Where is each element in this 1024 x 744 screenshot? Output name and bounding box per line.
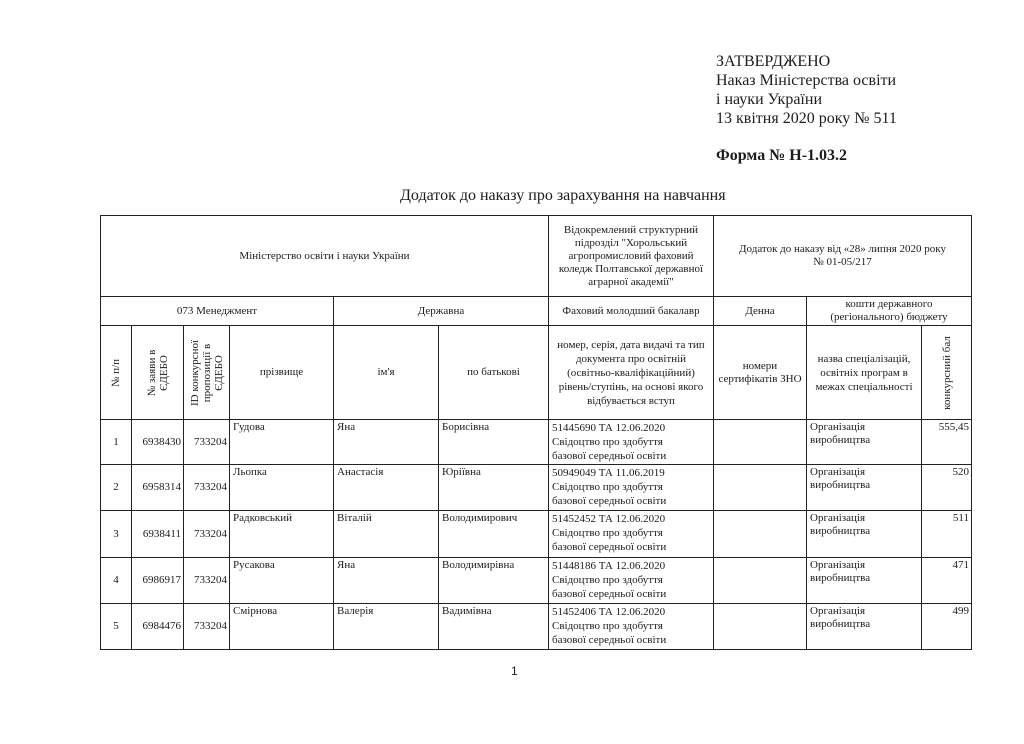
surname: Русакова (230, 558, 334, 604)
competition-score: 555,45 (922, 420, 972, 465)
offer-id: 733204 (184, 604, 230, 650)
zno-certificates (714, 420, 807, 465)
funding-cell: кошти державного (регіонального) бюджету (807, 297, 972, 326)
application-no: 6938430 (132, 420, 184, 465)
doc-line: Свідоцтво про здобуття (552, 435, 710, 449)
specialization: Організація виробництва (807, 511, 922, 558)
page-number: 1 (511, 664, 518, 678)
doc-line: базової середньої освіти (552, 633, 710, 647)
spec-line: виробництва (810, 479, 918, 492)
order-ref-cell: Додаток до наказу від «28» липня 2020 ро… (714, 216, 972, 297)
order-ref-number: № 01-05/217 (717, 256, 968, 269)
education-document: 51448186 ТА 12.06.2020 Свідоцтво про здо… (549, 558, 714, 604)
table-row: 1 6938430 733204 Гудова Яна Борисівна 51… (101, 420, 972, 465)
row-index: 3 (101, 511, 132, 558)
study-form-cell: Денна (714, 297, 807, 326)
approval-block: ЗАТВЕРДЖЕНО Наказ Міністерства освіти і … (716, 52, 897, 128)
patronymic: Володимирович (439, 511, 549, 558)
degree-cell: Фаховий молодший бакалавр (549, 297, 714, 326)
competition-score: 499 (922, 604, 972, 650)
col-header-zno: номери сертифікатів ЗНО (714, 326, 807, 420)
row-index: 2 (101, 465, 132, 511)
competition-score: 471 (922, 558, 972, 604)
specialization: Організація виробництва (807, 558, 922, 604)
col-header-name: ім'я (334, 326, 439, 420)
doc-line: 51452452 ТА 12.06.2020 (552, 512, 710, 526)
education-document: 51452406 ТА 12.06.2020 Свідоцтво про здо… (549, 604, 714, 650)
doc-line: базової середньої освіти (552, 449, 710, 463)
row-index: 1 (101, 420, 132, 465)
education-document: 50949049 ТА 11.06.2019 Свідоцтво про здо… (549, 465, 714, 511)
application-no: 6984476 (132, 604, 184, 650)
doc-line: Свідоцтво про здобуття (552, 480, 710, 494)
document-title: Додаток до наказу про зарахування на нав… (400, 187, 726, 205)
col-header-application-no: № заяви в ЄДЕБО (132, 326, 184, 420)
patronymic: Юріївна (439, 465, 549, 511)
spec-line: виробництва (810, 618, 918, 631)
education-document: 51445690 ТА 12.06.2020 Свідоцтво про здо… (549, 420, 714, 465)
doc-line: 51452406 ТА 12.06.2020 (552, 605, 710, 619)
table-row: 5 6984476 733204 Смірнова Валерія Вадимі… (101, 604, 972, 650)
spec-line: виробництва (810, 572, 918, 585)
ownership-cell: Державна (334, 297, 549, 326)
first-name: Яна (334, 558, 439, 604)
surname: Радковський (230, 511, 334, 558)
header-row-institution: Міністерство освіти і науки України Відо… (101, 216, 972, 297)
table-row: 4 6986917 733204 Русакова Яна Володимирі… (101, 558, 972, 604)
row-index: 5 (101, 604, 132, 650)
table-row: 3 6938411 733204 Радковський Віталій Вол… (101, 511, 972, 558)
specialization: Організація виробництва (807, 420, 922, 465)
surname: Гудова (230, 420, 334, 465)
approval-line: Наказ Міністерства освіти (716, 71, 897, 90)
institution-cell: Відокремлений структурний підрозділ "Хор… (549, 216, 714, 297)
offer-id: 733204 (184, 420, 230, 465)
offer-id: 733204 (184, 511, 230, 558)
offer-id: 733204 (184, 465, 230, 511)
approval-line: і науки України (716, 90, 897, 109)
col-header-offer-id: ID конкурсної пропозиції в ЄДЕБО (184, 326, 230, 420)
offer-id: 733204 (184, 558, 230, 604)
doc-line: 51445690 ТА 12.06.2020 (552, 421, 710, 435)
first-name: Валерія (334, 604, 439, 650)
spec-line: Організація (810, 466, 918, 479)
approval-line: 13 квітня 2020 року № 511 (716, 109, 897, 128)
zno-certificates (714, 604, 807, 650)
patronymic: Вадимівна (439, 604, 549, 650)
spec-line: виробництва (810, 525, 918, 538)
patronymic: Борисівна (439, 420, 549, 465)
education-document: 51452452 ТА 12.06.2020 Свідоцтво про здо… (549, 511, 714, 558)
col-header-patronymic: по батькові (439, 326, 549, 420)
form-number: Форма № Н-1.03.2 (716, 147, 847, 165)
col-header-surname: прізвище (230, 326, 334, 420)
col-header-specialization: назва спеціалізацій, освітніх програм в … (807, 326, 922, 420)
spec-line: виробництва (810, 434, 918, 447)
ministry-cell: Міністерство освіти і науки України (101, 216, 549, 297)
first-name: Віталій (334, 511, 439, 558)
spec-line: Організація (810, 605, 918, 618)
doc-line: Свідоцтво про здобуття (552, 573, 710, 587)
header-row-program: 073 Менеджмент Державна Фаховий молодший… (101, 297, 972, 326)
column-header-row: № п/п № заяви в ЄДЕБО ID конкурсної проп… (101, 326, 972, 420)
application-no: 6958314 (132, 465, 184, 511)
competition-score: 520 (922, 465, 972, 511)
doc-line: базової середньої освіти (552, 540, 710, 554)
spec-line: Організація (810, 421, 918, 434)
surname: Смірнова (230, 604, 334, 650)
zno-certificates (714, 465, 807, 511)
surname: Льопка (230, 465, 334, 511)
col-header-index: № п/п (101, 326, 132, 420)
patronymic: Володимирівна (439, 558, 549, 604)
table-row: 2 6958314 733204 Льопка Анастасія Юріївн… (101, 465, 972, 511)
specialization: Організація виробництва (807, 604, 922, 650)
doc-line: Свідоцтво про здобуття (552, 619, 710, 633)
enrollment-table: Міністерство освіти і науки України Відо… (100, 215, 972, 650)
approval-line: ЗАТВЕРДЖЕНО (716, 52, 897, 71)
col-header-document: номер, серія, дата видачі та тип докумен… (549, 326, 714, 420)
doc-line: 51448186 ТА 12.06.2020 (552, 559, 710, 573)
doc-line: 50949049 ТА 11.06.2019 (552, 466, 710, 480)
competition-score: 511 (922, 511, 972, 558)
spec-line: Організація (810, 559, 918, 572)
application-no: 6938411 (132, 511, 184, 558)
order-ref-line: Додаток до наказу від «28» липня 2020 ро… (717, 243, 968, 256)
specialization: Організація виробництва (807, 465, 922, 511)
zno-certificates (714, 558, 807, 604)
col-header-score: конкурсний бал (922, 326, 972, 420)
spec-line: Організація (810, 512, 918, 525)
application-no: 6986917 (132, 558, 184, 604)
doc-line: базової середньої освіти (552, 494, 710, 508)
first-name: Анастасія (334, 465, 439, 511)
first-name: Яна (334, 420, 439, 465)
row-index: 4 (101, 558, 132, 604)
doc-line: базової середньої освіти (552, 587, 710, 601)
specialty-cell: 073 Менеджмент (101, 297, 334, 326)
zno-certificates (714, 511, 807, 558)
doc-line: Свідоцтво про здобуття (552, 526, 710, 540)
